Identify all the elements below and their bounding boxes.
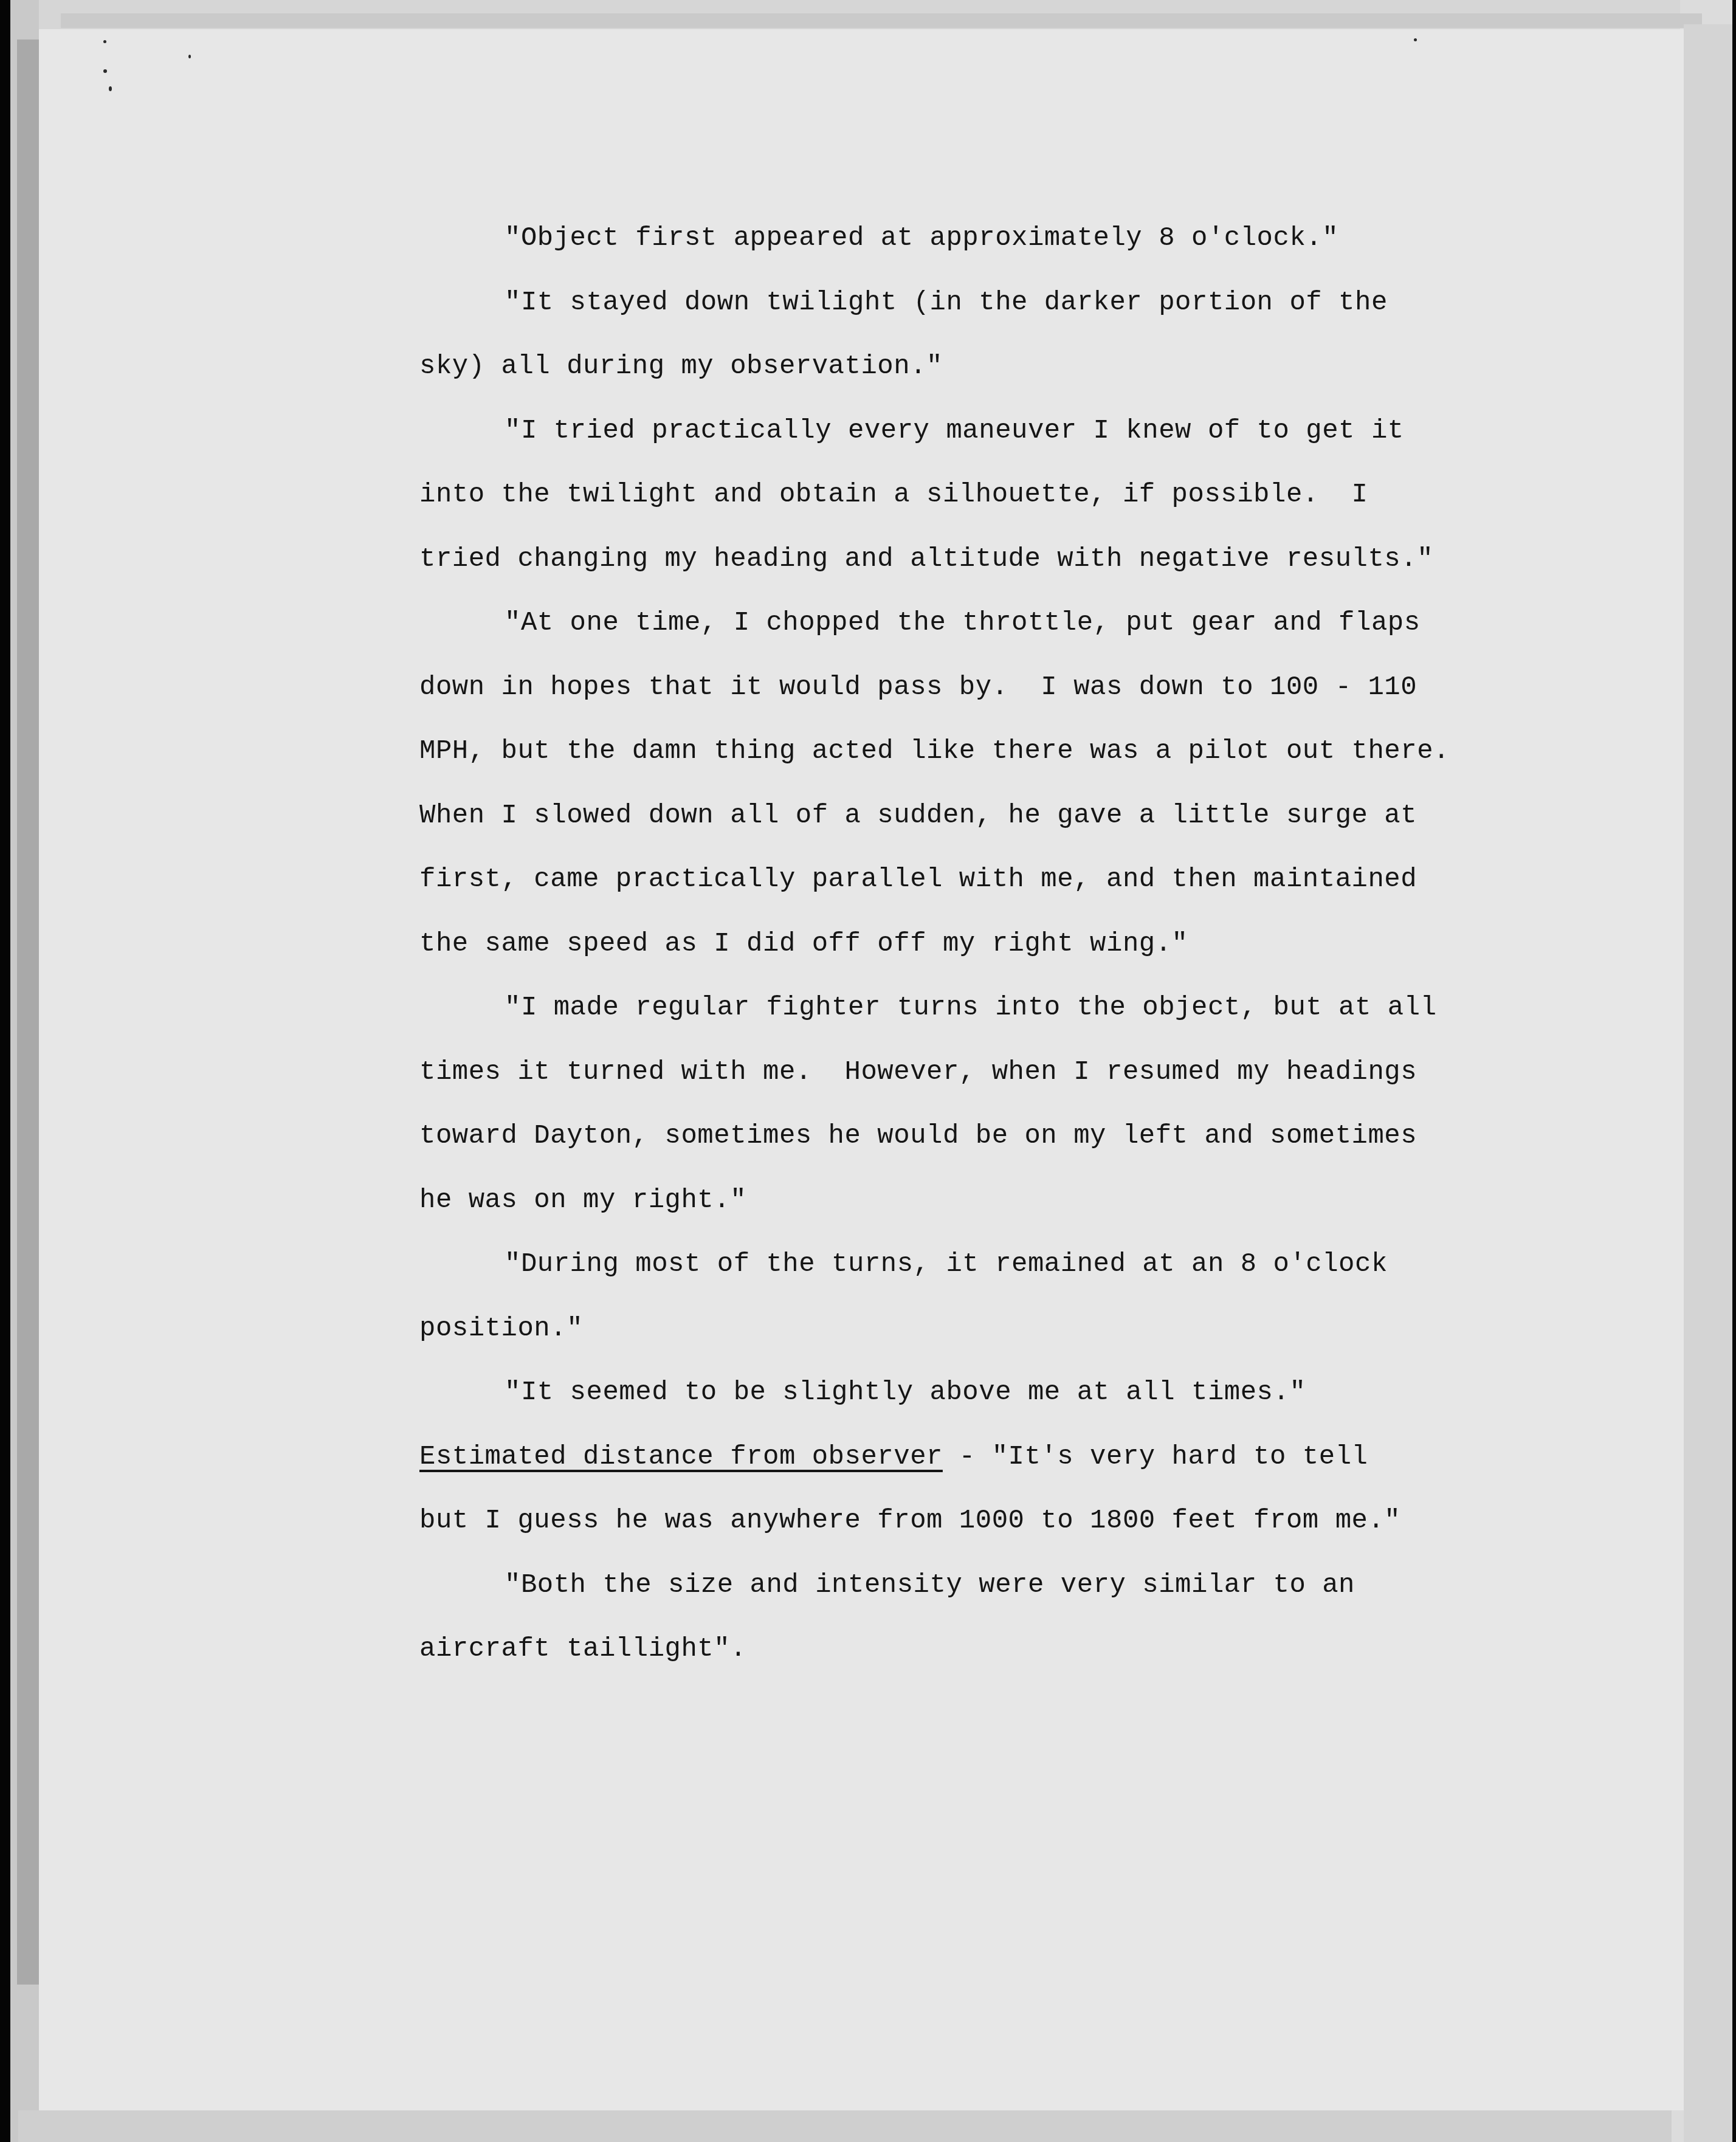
film-edge-right	[1732, 0, 1736, 2142]
paragraph-line: "Object first appeared at approximately …	[419, 207, 1453, 271]
speck	[103, 40, 106, 43]
speck	[109, 86, 112, 91]
paragraph-line: "I made regular fighter turns into the o…	[419, 976, 1453, 1041]
film-edge-left	[0, 0, 10, 2142]
paragraph-line: "Both the size and intensity were very s…	[419, 1554, 1453, 1618]
paragraph-line: sky) all during my observation."	[419, 335, 1453, 399]
paragraph-line: he was on my right."	[419, 1169, 1453, 1233]
paragraph-line: first, came practically parallel with me…	[419, 848, 1453, 912]
paragraph-line: When I slowed down all of a sudden, he g…	[419, 784, 1453, 849]
paragraph-line: but I guess he was anywhere from 1000 to…	[419, 1489, 1453, 1554]
paragraph-line: "It seemed to be slightly above me at al…	[419, 1361, 1453, 1425]
paragraph-line: "I tried practically every maneuver I kn…	[419, 399, 1453, 464]
paragraph-line: toward Dayton, sometimes he would be on …	[419, 1104, 1453, 1169]
paragraph-line: the same speed as I did off off my right…	[419, 912, 1453, 977]
paragraph-line: "During most of the turns, it remained a…	[419, 1233, 1453, 1297]
paragraph-line: position."	[419, 1297, 1453, 1362]
paragraph-line-with-heading: Estimated distance from observer - "It's…	[419, 1425, 1453, 1490]
speck	[103, 69, 107, 73]
paragraph-line: "At one time, I chopped the throttle, pu…	[419, 591, 1453, 656]
scan-frame-top-shadow	[61, 13, 1702, 28]
paragraph-line: into the twilight and obtain a silhouett…	[419, 463, 1453, 528]
scan-frame-left-shadow	[17, 40, 39, 1985]
paragraph-line: down in hopes that it would pass by. I w…	[419, 656, 1453, 720]
paragraph-line: "It stayed down twilight (in the darker …	[419, 271, 1453, 336]
paragraph-line: aircraft taillight".	[419, 1617, 1453, 1682]
scan-frame-bottom	[18, 2110, 1672, 2142]
document-body: "Object first appeared at approximately …	[419, 207, 1453, 1682]
paragraph-line: times it turned with me. However, when I…	[419, 1041, 1453, 1105]
scan-frame-right	[1684, 24, 1732, 2142]
paragraph-line: tried changing my heading and altitude w…	[419, 528, 1453, 592]
paragraph-line: MPH, but the damn thing acted like there…	[419, 720, 1453, 784]
heading-continuation: - "It's very hard to tell	[943, 1442, 1368, 1472]
speck	[1414, 38, 1417, 41]
speck	[188, 55, 191, 58]
section-heading-estimated-distance: Estimated distance from observer	[419, 1442, 943, 1472]
